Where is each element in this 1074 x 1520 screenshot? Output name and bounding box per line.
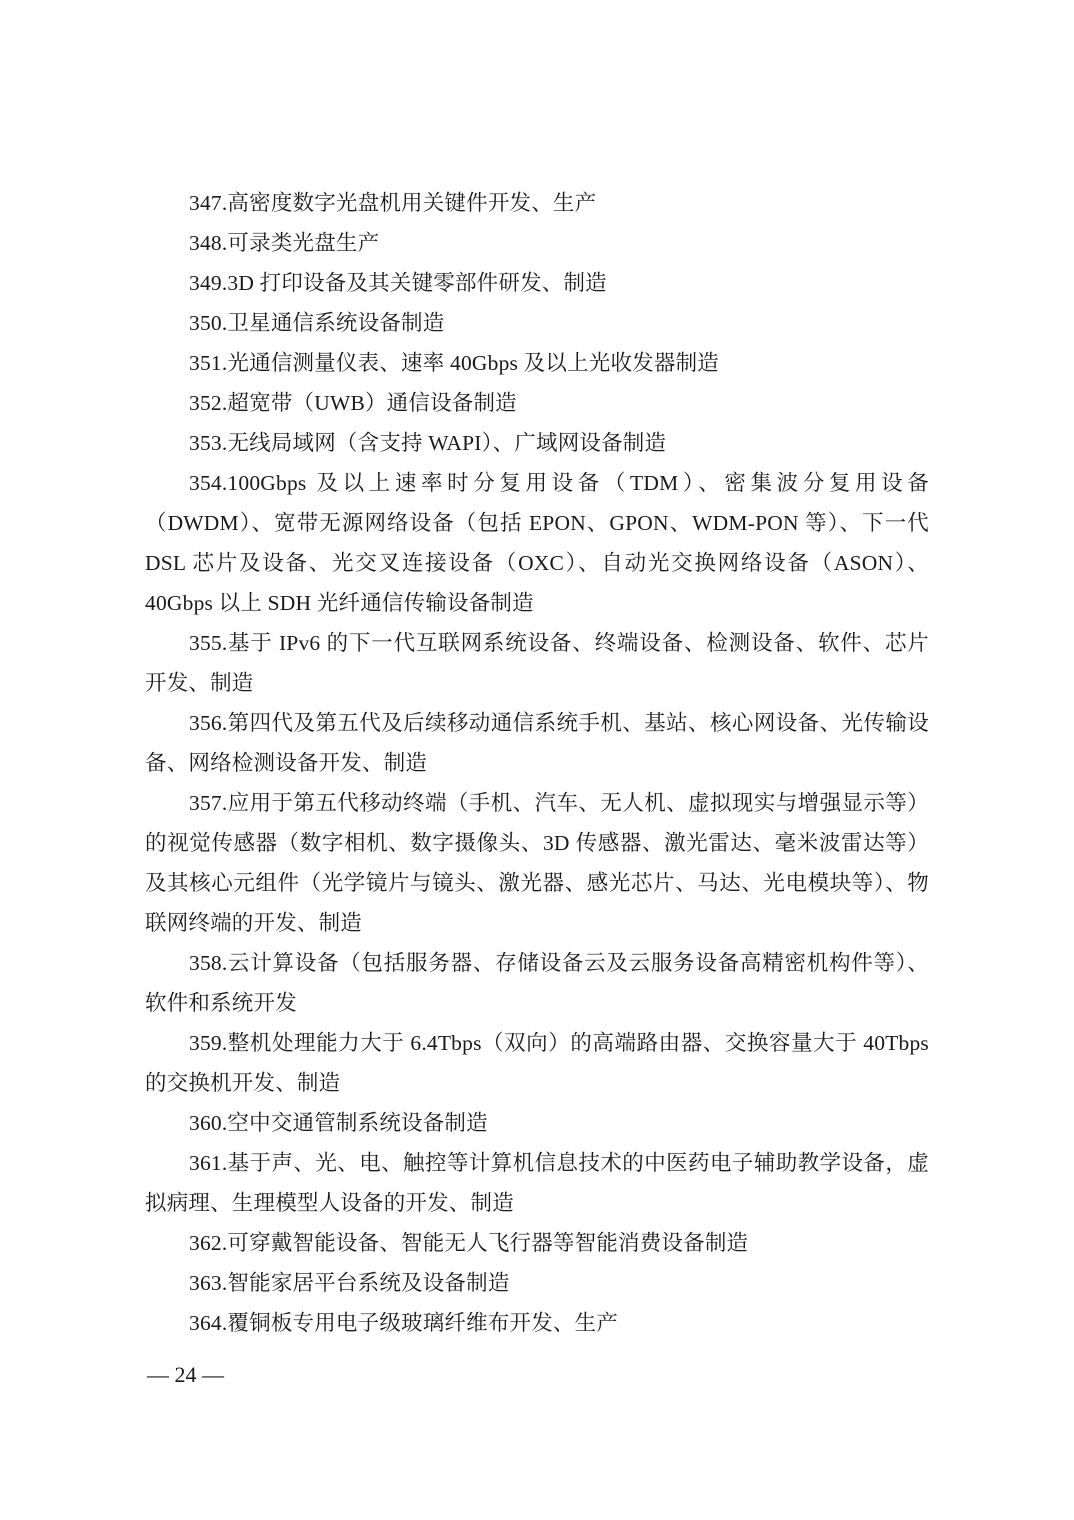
page-number: — 24 — [147,1360,224,1390]
list-item-362: 362.可穿戴智能设备、智能无人飞行器等智能消费设备制造 [145,1223,929,1263]
list-item-361: 361.基于声、光、电、触控等计算机信息技术的中医药电子辅助教学设备，虚拟病理、… [145,1143,929,1223]
list-item-352: 352.超宽带（UWB）通信设备制造 [145,383,929,423]
list-item-353: 353.无线局域网（含支持 WAPI）、广域网设备制造 [145,423,929,463]
list-item-356: 356.第四代及第五代及后续移动通信系统手机、基站、核心网设备、光传输设备、网络… [145,703,929,783]
list-item-355: 355.基于 IPv6 的下一代互联网系统设备、终端设备、检测设备、软件、芯片开… [145,623,929,703]
list-item-354: 354.100Gbps 及以上速率时分复用设备（TDM）、密集波分复用设备（DW… [145,463,929,623]
list-item-358: 358.云计算设备（包括服务器、存储设备云及云服务设备高精密机构件等）、软件和系… [145,943,929,1023]
list-item-364: 364.覆铜板专用电子级玻璃纤维布开发、生产 [145,1303,929,1343]
list-item-360: 360.空中交通管制系统设备制造 [145,1103,929,1143]
list-item-359: 359.整机处理能力大于 6.4Tbps（双向）的高端路由器、交换容量大于 40… [145,1023,929,1103]
list-item-347: 347.高密度数字光盘机用关键件开发、生产 [145,183,929,223]
list-item-349: 349.3D 打印设备及其关键零部件研发、制造 [145,263,929,303]
list-item-348: 348.可录类光盘生产 [145,223,929,263]
list-item-351: 351.光通信测量仪表、速率 40Gbps 及以上光收发器制造 [145,343,929,383]
list-item-357: 357.应用于第五代移动终端（手机、汽车、无人机、虚拟现实与增强显示等）的视觉传… [145,783,929,943]
list-item-350: 350.卫星通信系统设备制造 [145,303,929,343]
list-item-363: 363.智能家居平台系统及设备制造 [145,1263,929,1303]
document-body: 347.高密度数字光盘机用关键件开发、生产 348.可录类光盘生产 349.3D… [145,183,929,1343]
